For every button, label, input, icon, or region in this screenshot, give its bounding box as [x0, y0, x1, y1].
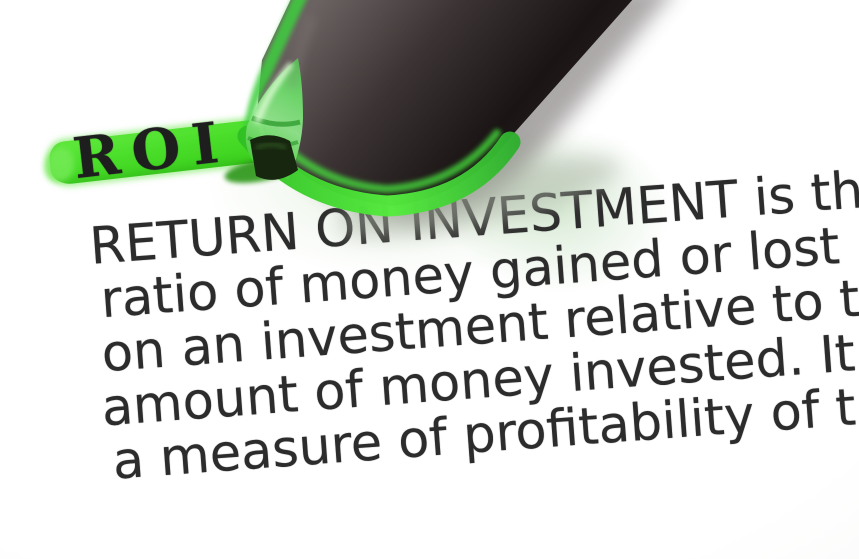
paper-background: { "highlight": { "term": "ROI", "color":…	[0, 0, 859, 559]
highlighter-pen	[0, 0, 859, 559]
